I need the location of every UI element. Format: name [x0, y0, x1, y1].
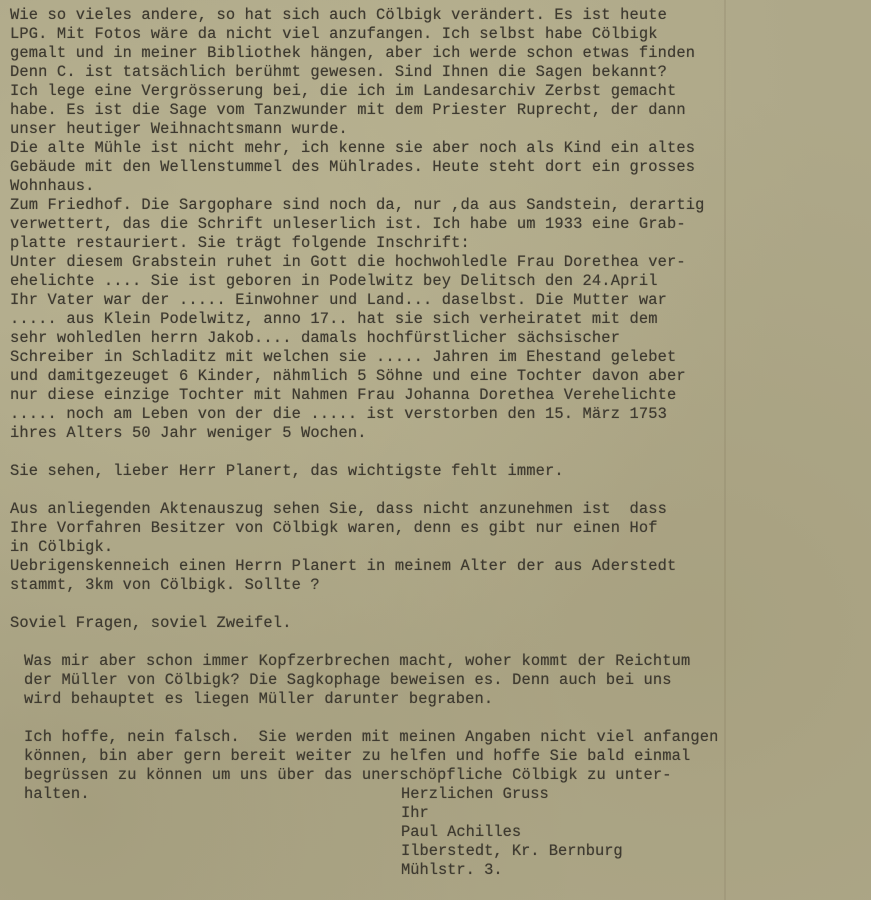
- text-line: der Müller von Cölbigk? Die Sagkophage b…: [24, 671, 870, 690]
- text-line: unser heutiger Weihnachtsmann wurde.: [10, 120, 870, 139]
- text-line: gemalt und in meiner Bibliothek hängen, …: [10, 44, 870, 63]
- paragraph-spacer: [10, 481, 870, 500]
- text-line: Aus anliegenden Aktenauszug sehen Sie, d…: [10, 500, 870, 519]
- text-line: Zum Friedhof. Die Sargophare sind noch d…: [10, 196, 870, 215]
- text-line: Wohnhaus.: [10, 177, 870, 196]
- text-line: Ich lege eine Vergrösserung bei, die ich…: [10, 82, 870, 101]
- text-line: in Cölbigk.: [10, 538, 870, 557]
- paragraph-intro: Wie so vieles andere, so hat sich auch C…: [10, 6, 870, 139]
- text-line: Uebrigenskenneich einen Herrn Planert in…: [10, 557, 870, 576]
- paragraph-reichtum: Was mir aber schon immer Kopfzerbrechen …: [10, 652, 870, 709]
- text-line: Ihre Vorfahren Besitzer von Cölbigk ware…: [10, 519, 870, 538]
- letter-closing: Herzlichen Gruss Ihr Paul Achilles Ilber…: [401, 785, 623, 880]
- paragraph-aktenauszug: Aus anliegenden Aktenauszug sehen Sie, d…: [10, 500, 870, 595]
- paragraph-spacer: [10, 443, 870, 462]
- text-line: Wie so vieles andere, so hat sich auch C…: [10, 6, 870, 25]
- inscription-line: Schreiber in Schladitz mit welchen sie .…: [10, 348, 870, 367]
- text-line: begrüssen zu können um uns über das uner…: [24, 766, 870, 785]
- paragraph-spacer: [10, 595, 870, 614]
- letter-page: Wie so vieles andere, so hat sich auch C…: [0, 0, 871, 900]
- inscription-line: ihres Alters 50 Jahr weniger 5 Wochen.: [10, 424, 870, 443]
- sender-street: Mühlstr. 3.: [401, 861, 623, 880]
- text-line: Was mir aber schon immer Kopfzerbrechen …: [24, 652, 870, 671]
- inscription-line: ehelichte .... Sie ist geboren in Podelw…: [10, 272, 870, 291]
- inscription-line: und damitgezeuget 6 Kinder, nähmlich 5 S…: [10, 367, 870, 386]
- closing-salutation: Ihr: [401, 804, 623, 823]
- paragraph-zweifel: Soviel Fragen, soviel Zweifel.: [10, 614, 870, 633]
- sender-name: Paul Achilles: [401, 823, 623, 842]
- text-line: Ich hoffe, nein falsch. Sie werden mit m…: [24, 728, 870, 747]
- paragraph-spacer: [10, 633, 870, 652]
- paragraph-friedhof: Zum Friedhof. Die Sargophare sind noch d…: [10, 196, 870, 443]
- inscription-line: ..... aus Klein Podelwitz, anno 17.. hat…: [10, 310, 870, 329]
- sender-place: Ilberstedt, Kr. Bernburg: [401, 842, 623, 861]
- closing-greeting: Herzlichen Gruss: [401, 785, 623, 804]
- text-line: Sie sehen, lieber Herr Planert, das wich…: [10, 462, 870, 481]
- inscription-line: ..... noch am Leben von der die ..... is…: [10, 405, 870, 424]
- text-line: können, bin aber gern bereit weiter zu h…: [24, 747, 870, 766]
- text-line: wird behauptet es liegen Müller darunter…: [24, 690, 870, 709]
- text-line: LPG. Mit Fotos wäre da nicht viel anzufa…: [10, 25, 870, 44]
- inscription-line: sehr wohledlen herrn Jakob.... damals ho…: [10, 329, 870, 348]
- inscription-line: nur diese einzige Tochter mit Nahmen Fra…: [10, 386, 870, 405]
- letter-body: Wie so vieles andere, so hat sich auch C…: [10, 6, 870, 804]
- text-line: Soviel Fragen, soviel Zweifel.: [10, 614, 870, 633]
- text-line: habe. Es ist die Sage vom Tanzwunder mit…: [10, 101, 870, 120]
- text-line: platte restauriert. Sie trägt folgende I…: [10, 234, 870, 253]
- text-line: verwettert, das die Schrift unleserlich …: [10, 215, 870, 234]
- text-line: Denn C. ist tatsächlich berühmt gewesen.…: [10, 63, 870, 82]
- inscription-line: Ihr Vater war der ..... Einwohner und La…: [10, 291, 870, 310]
- paragraph-spacer: [10, 709, 870, 728]
- text-line: Die alte Mühle ist nicht mehr, ich kenne…: [10, 139, 870, 158]
- text-line: Gebäude mit den Wellenstummel des Mühlra…: [10, 158, 870, 177]
- paragraph-muehle: Die alte Mühle ist nicht mehr, ich kenne…: [10, 139, 870, 196]
- paragraph-fehlt: Sie sehen, lieber Herr Planert, das wich…: [10, 462, 870, 481]
- inscription-line: Unter diesem Grabstein ruhet in Gott die…: [10, 253, 870, 272]
- text-line: stammt, 3km von Cölbigk. Sollte ?: [10, 576, 870, 595]
